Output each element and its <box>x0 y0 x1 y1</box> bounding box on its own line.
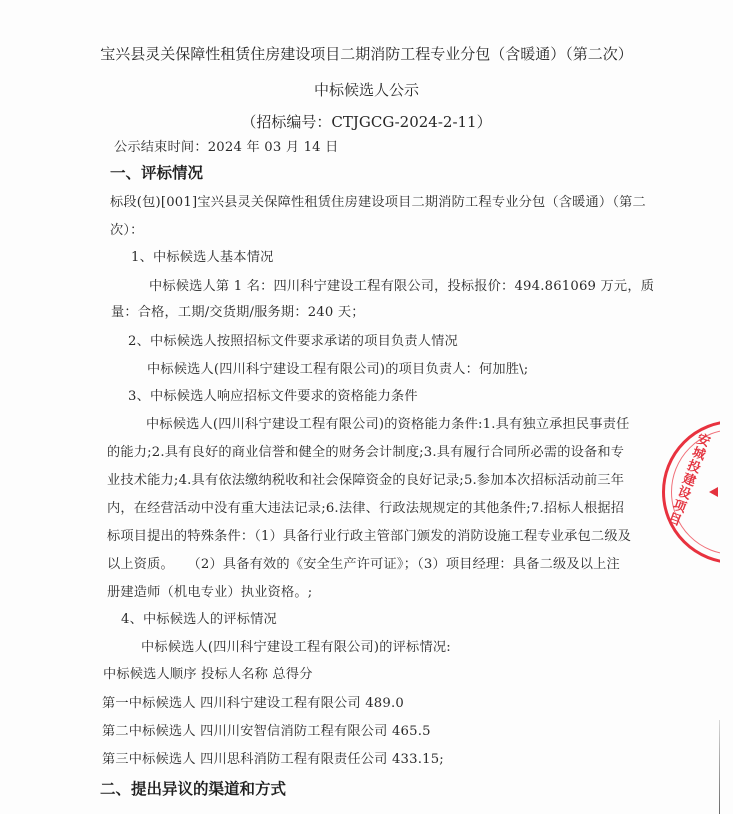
ranking-row-1: 第一中标候选人 四川科宁建设工程有限公司 489.0 <box>102 695 404 713</box>
item-3-line-2: 的能力;2.具有良好的商业信誉和健全的财务会计制度;3.具有履行合同所必需的设备… <box>107 444 624 462</box>
item-3-line-7: 册建造师（机电专业）执业资格。; <box>107 584 312 602</box>
item-3-line-6: 以上资质。 （2）具备有效的《安全生产许可证》；（3）项目经理：具备二级及以上注 <box>107 556 620 574</box>
item-3-line-3: 业技术能力;4.具有依法缴纳税收和社会保障资金的良好记录;5.参加本次招标活动前… <box>107 472 624 490</box>
item-4-intro: 中标候选人(四川科宁建设工程有限公司)的评标情况: <box>141 639 451 657</box>
lot-description-line-2: 次）： <box>110 222 144 240</box>
publicity-end-date: 公示结束时间：2024 年 03 月 14 日 <box>114 139 339 157</box>
section-2-heading: 二、提出异议的渠道和方式 <box>100 779 286 799</box>
ranking-row-2-rank: 第二中标候选人 <box>102 724 196 739</box>
official-seal: 安城投建设项目 <box>650 400 720 580</box>
ranking-row-1-score: 489.0 <box>365 696 404 711</box>
ranking-row-3-rank: 第三中标候选人 <box>102 752 196 767</box>
ranking-row-3: 第三中标候选人 四川思科消防工程有限责任公司 433.15; <box>102 751 444 769</box>
item-4-heading: 4、中标候选人的评标情况 <box>121 611 277 629</box>
ranking-row-2-name: 四川川安智信消防工程有限公司 <box>200 724 387 739</box>
section-1-heading: 一、评标情况 <box>110 163 203 183</box>
document-subtitle: 中标候选人公示 <box>0 80 733 100</box>
item-3-line-1: 中标候选人(四川科宁建设工程有限公司)的资格能力条件:1.具有独立承担民事责任 <box>146 416 630 434</box>
item-3-heading: 3、中标候选人响应招标文件要求的资格能力条件 <box>128 388 418 406</box>
seal-star-icon <box>709 487 718 497</box>
tender-number: （招标编号：CTJGCG-2024-2-11） <box>0 112 733 132</box>
document-title: 宝兴县灵关保障性租赁住房建设项目二期消防工程专业分包（含暖通）（第二次） <box>0 44 733 64</box>
lot-description-line-1: 标段(包)[001]宝兴县灵关保障性租赁住房建设项目二期消防工程专业分包（含暖通… <box>110 194 646 212</box>
ranking-table-header: 中标候选人顺序 投标人名称 总得分 <box>103 666 313 684</box>
item-1-heading: 1、中标候选人基本情况 <box>131 249 273 267</box>
item-3-line-4: 内，在经营活动中没有重大违法记录;6.法律、行政法规规定的其他条件;7.招标人根… <box>107 500 624 518</box>
item-1-line-2: 量：合格，工期/交货期/服务期：240 天； <box>111 304 365 322</box>
ranking-row-2: 第二中标候选人 四川川安智信消防工程有限公司 465.5 <box>102 723 431 741</box>
document-page: 宝兴县灵关保障性租赁住房建设项目二期消防工程专业分包（含暖通）（第二次） 中标候… <box>0 0 733 814</box>
ranking-row-3-score: 433.15; <box>392 752 444 767</box>
item-2-heading: 2、中标候选人按照招标文件要求承诺的项目负责人情况 <box>128 333 458 351</box>
page-edge-line <box>719 720 720 814</box>
item-3-line-5: 标项目提出的特殊条件：（1）具备行业行政主管部门颁发的消防设施工程专业承包二级及 <box>107 528 631 546</box>
item-2-line-1: 中标候选人(四川科宁建设工程有限公司)的项目负责人：何加胜\; <box>147 361 528 379</box>
item-1-line-1: 中标候选人第 1 名：四川科宁建设工程有限公司，投标报价：494.861069 … <box>149 278 654 296</box>
ranking-row-1-name: 四川科宁建设工程有限公司 <box>200 696 361 711</box>
ranking-row-2-score: 465.5 <box>392 724 431 739</box>
ranking-row-3-name: 四川思科消防工程有限责任公司 <box>200 752 387 767</box>
ranking-row-1-rank: 第一中标候选人 <box>102 696 196 711</box>
